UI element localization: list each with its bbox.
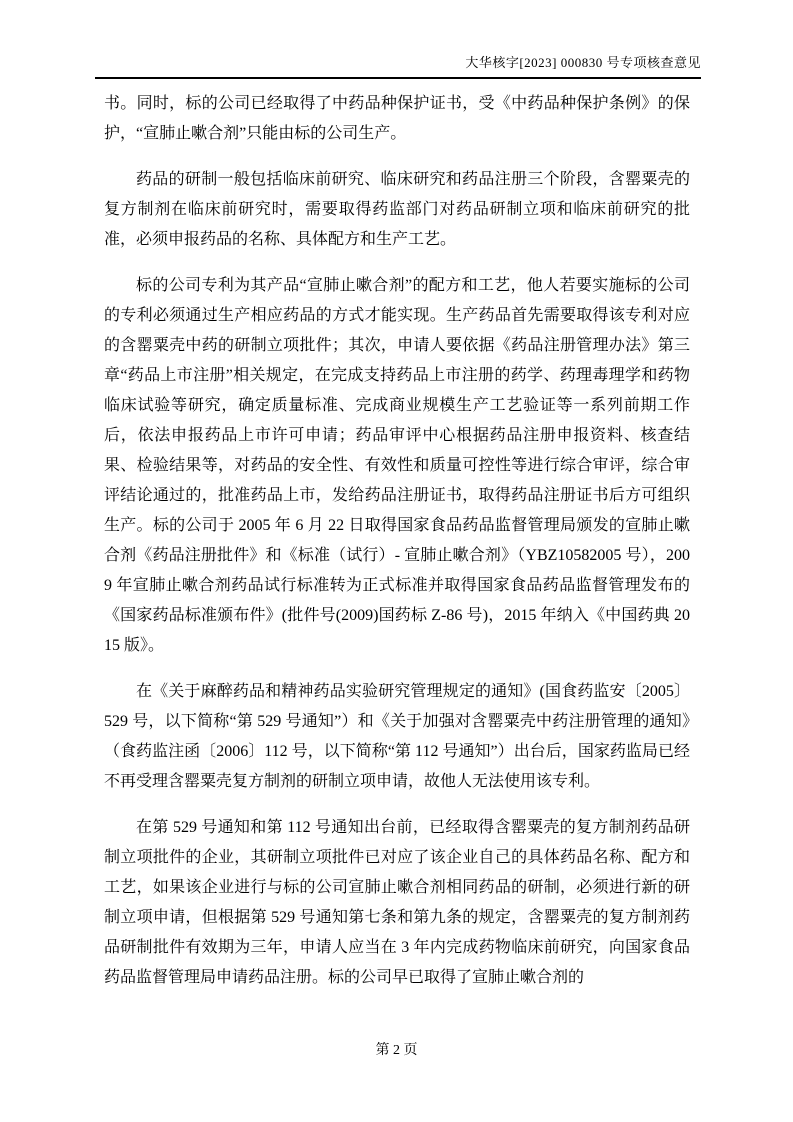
paragraph: 在《关于麻醉药品和精神药品实验研究管理规定的通知》(国食药监安〔2005〕529… [104, 677, 690, 797]
page-footer: 第 2 页 [0, 1039, 793, 1059]
doc-number: 大华核字[2023] 000830 号专项核查意见 [465, 55, 701, 70]
page-header: 大华核字[2023] 000830 号专项核查意见 [95, 54, 701, 79]
paragraph: 在第 529 号通知和第 112 号通知出台前，已经取得含罂粟壳的复方制剂药品研… [104, 813, 690, 993]
document-page: 大华核字[2023] 000830 号专项核查意见 书。同时，标的公司已经取得了… [0, 0, 793, 1122]
paragraph: 标的公司专利为其产品“宣肺止嗽合剂”的配方和工艺，他人若要实施标的公司的专利必须… [104, 271, 690, 661]
document-body: 书。同时，标的公司已经取得了中药品种保护证书，受《中药品种保护条例》的保护，“宣… [104, 89, 690, 1009]
paragraph: 药品的研制一般包括临床前研究、临床研究和药品注册三个阶段，含罂粟壳的复方制剂在临… [104, 165, 690, 255]
paragraph-continuation: 书。同时，标的公司已经取得了中药品种保护证书，受《中药品种保护条例》的保护，“宣… [104, 89, 690, 149]
page-number: 第 2 页 [376, 1043, 418, 1058]
